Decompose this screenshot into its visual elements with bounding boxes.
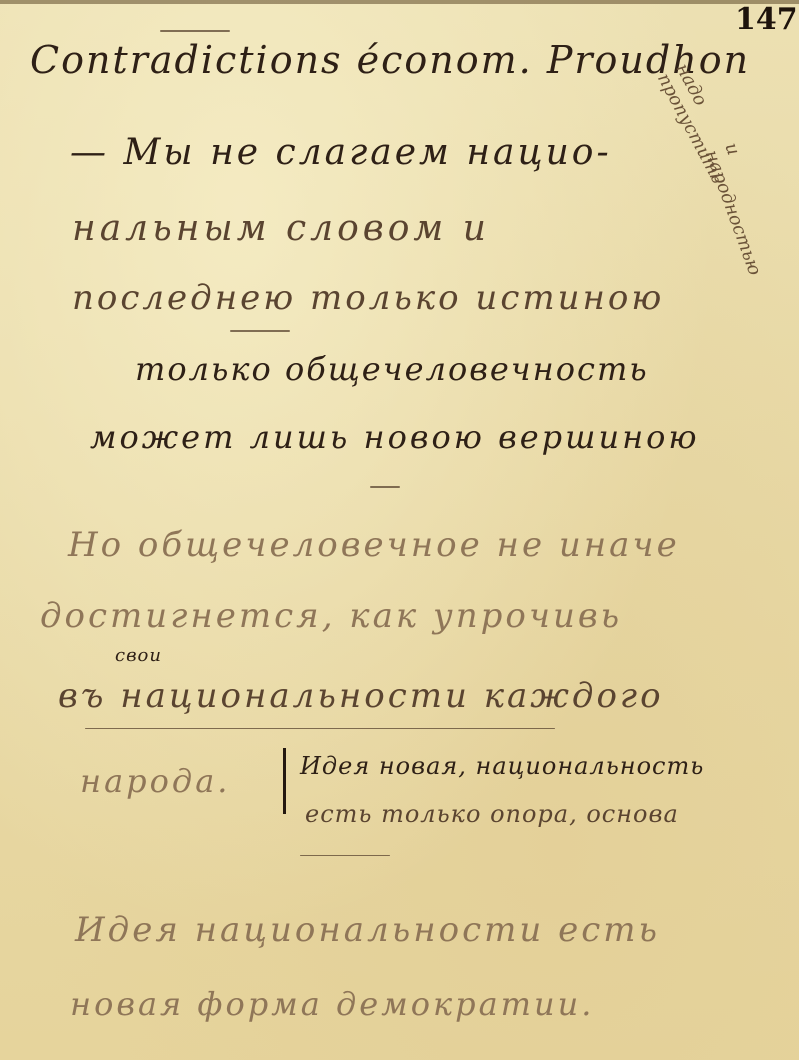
underline-line-8 [85,728,555,729]
line-10: Идея национальности есть [75,910,660,950]
separator-dash-2 [300,855,390,856]
manuscript-page: 147 Contradictions économ. Proudhon — Мы… [0,0,799,1060]
page-number: 147 [735,2,798,37]
line-9: народа. [80,762,230,800]
line-4: только общечеловечность [135,350,649,388]
page-top-edge [0,0,799,4]
separator-dash-1 [370,486,400,488]
line-8-insertion: свои [115,645,162,666]
side-note-2: есть только опора, основа [305,800,679,828]
line-8: въ национальности каждого [58,676,664,716]
line-3: последнею только истиною [72,278,664,318]
margin-note-right-2: и народностью [701,140,786,278]
line-2: нальным словом и [72,208,490,249]
line-1: — Мы не слагаем нацио- [70,132,612,173]
line-5: может лишь новою вершиною [90,418,700,456]
heading-overline [160,30,230,32]
heading: Contradictions économ. Proudhon [30,38,750,82]
underline-stroke [230,330,290,332]
line-7: достигнется, как упрочивь [40,596,622,636]
line-6: Но общечеловечное не иначе [68,525,680,565]
margin-bracket [283,748,286,814]
side-note-1: Идея новая, национальность [300,752,704,780]
line-11: новая форма демократии. [70,985,594,1023]
